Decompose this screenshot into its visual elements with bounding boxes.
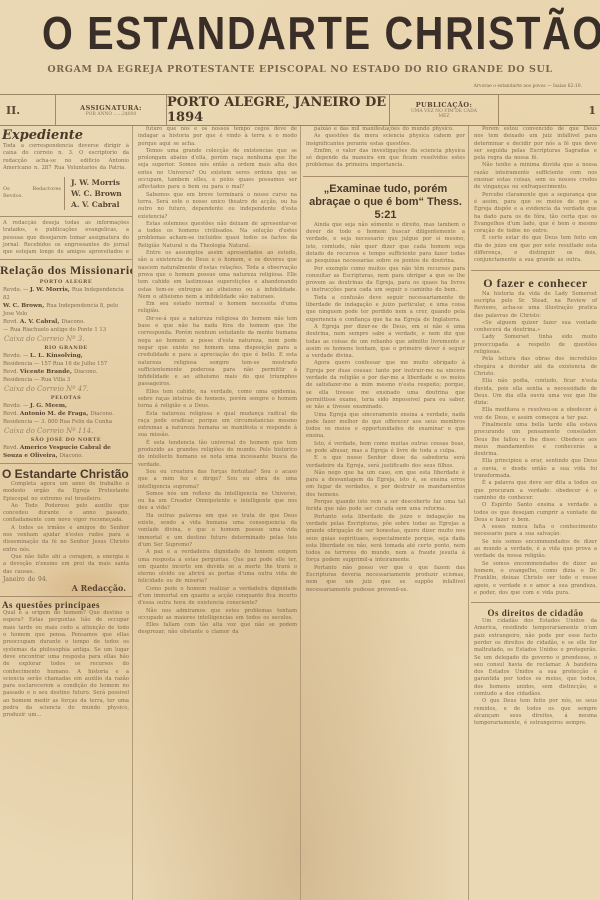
paragraph: Uma Egreja que sinceramente ensina a ver…	[306, 412, 465, 441]
expediente-section: Expediente Toda a correspondencia devers…	[0, 128, 132, 256]
paragraph: Não tenho a minima duvida que a nossa ra…	[474, 162, 597, 191]
column-4: Porém estou convencido de que Deus nos t…	[471, 126, 600, 900]
paragraph: Ainda que seja não sómente o direito, ma…	[306, 222, 465, 266]
paragraph: É esta tendencia tão universal do homem …	[138, 440, 297, 469]
column-1: Expediente Toda a correspondencia devers…	[0, 126, 133, 900]
paragraph: Ao Todo Poderoso pelo auxilio que conced…	[3, 503, 129, 525]
paragraph: Não nego que ha um caso, em que esta lib…	[306, 470, 465, 499]
divider	[471, 602, 600, 603]
mailbox-number: Caixa do Correio Nº 47.	[0, 384, 132, 394]
column-2: futuro que nós e os nossos tempo cegos d…	[135, 126, 301, 900]
paragraph: A paz e a verdadeira dignidade do homem …	[138, 549, 297, 585]
redactor-name: W. C. Brown	[71, 188, 122, 199]
paragraph: Lady Somerset tinha sido muito preoccupa…	[474, 334, 597, 356]
paragraph: Porque quando isto vem a ser descoberto …	[306, 499, 465, 514]
missionaries-heading: Relação dos Missionarios	[0, 263, 132, 278]
missionary-entry: Residencia — 157 Rua 16 de Julho 157	[0, 360, 132, 368]
missionaries-list: PORTO ALEGRERevdo. — J. W. Morris, Rua I…	[0, 278, 132, 460]
paragraph: «Se alguem quizer fazer sua vontade conh…	[474, 320, 597, 335]
paragraph: As questões da mera sciencia physica cah…	[306, 133, 465, 148]
paragraph: Se nós somos encommendados de dizer ao m…	[474, 539, 597, 561]
estandarte-section: O Estandarte Christão Completa agora um …	[0, 467, 132, 593]
paragraph: Temos uma grande colecção de existencias…	[138, 148, 297, 192]
missionaries-section: Relação dos Missionarios PORTO ALEGRERev…	[0, 263, 132, 460]
subscription-box: ASSIGNATURA: POR ANNO ......2$000	[56, 95, 167, 125]
newspaper-title: O ESTANDARTE CHRISTÃO	[42, 6, 558, 60]
issue-number: 1	[499, 95, 600, 125]
missionary-entry: Residencia — Rua Villa 3	[0, 376, 132, 384]
divider	[0, 259, 132, 260]
paragraph: Agora quero confessar que me muito obrig…	[306, 360, 465, 411]
paragraph: Somos nós um reflexo da intelligencia no…	[138, 491, 297, 513]
paragraph: Não nos admiramos que estes problemas te…	[138, 608, 297, 623]
missionary-entry: Revd. Vicente Brande, Diacono.	[0, 368, 132, 376]
missionary-entry: Revdo. — J. G. Meem,	[0, 402, 132, 410]
divider	[471, 270, 600, 271]
missionary-entry: Revd. Americo Vespucio Cabral de Souza e…	[0, 444, 132, 460]
questoes-text: Qual é a origem do homem? Que destino o …	[0, 610, 132, 719]
expediente-notice: A redacção deseja todas as informações t…	[0, 220, 132, 256]
divider	[0, 216, 132, 217]
missionary-entry: Revdo. — J. W. Morris, Rua Independencia…	[0, 286, 132, 302]
paragraph: E o que nosso Senhor disse da sabedoria …	[306, 455, 465, 470]
missionary-entry: Revd. Antonio M. de Fraga, Diacono.	[0, 410, 132, 418]
redactors-list: J. W. Morris W. C. Brown A. V. Cabral	[64, 177, 122, 210]
paragraph: Elles fallam com tão alta voz que não se…	[138, 622, 297, 637]
paragraph: Toda a confusão deve seguir necessariame…	[306, 295, 465, 324]
paragraph: Na historia da vida de Lady Somerset esc…	[474, 291, 597, 320]
paragraph: Percebo claramente que a segurança que é…	[474, 192, 597, 236]
paragraph: Ella principiou a orar, sentindo que Deu…	[474, 458, 597, 480]
expediente-heading: Expediente	[0, 128, 132, 143]
newspaper-subtitle: ORGAM DA EGREJA PROTESTANTE EPISCOPAL NO…	[0, 64, 600, 75]
mission-place: SÃO JOSÉ DO NORTE	[0, 436, 132, 444]
mission-place: PELOTAS	[0, 394, 132, 402]
missionary-entry: — Rua Riachuelo antigo do Ponte 1 13	[0, 326, 132, 334]
paragraph: Emfim, o valor das investigações da scie…	[306, 148, 465, 170]
masthead-motto: Arvorae o estandarte aos povos — Isaias …	[474, 84, 582, 89]
divider	[0, 463, 132, 464]
article-body-fazer: Na historia da vida de Lady Somerset esc…	[471, 291, 600, 597]
paragraph: Dir-se-á que a natureza religiosa do hom…	[138, 316, 297, 389]
paragraph: Ha outras palavras em que se trata de qu…	[138, 513, 297, 549]
expediente-text: Toda a correspondencia deverse dirigir á…	[0, 143, 132, 173]
missionary-entry: Revdo. — L. L. Kinsolving,	[0, 352, 132, 360]
paragraph: É a palavra que deve ser dita a todos os…	[474, 480, 597, 502]
paragraph: Que não falte ahi a coragem, a energia e…	[3, 554, 129, 576]
masthead: O ESTANDARTE CHRISTÃO ORGAM DA EGREJA PR…	[0, 0, 600, 80]
paragraph: Pela leitura das obras dos incredulos ch…	[474, 356, 597, 378]
paragraph: Estas solemnes questões não deixam de ap…	[138, 221, 297, 250]
paragraph: É certo estar do que Deus tem feito em d…	[474, 235, 597, 264]
article-body-direitos: Um cidadão dos Estados Unidos da America…	[471, 618, 600, 727]
volume-number: II.	[0, 95, 56, 125]
paragraph: Finalmente uma bella tarde ella estava p…	[474, 422, 597, 458]
paragraph: O Espirito Santo ensina a verdade a todo…	[474, 502, 597, 524]
divider	[0, 596, 132, 597]
mission-place: RIO GRANDE	[0, 344, 132, 352]
paragraph: Isto, é verdade, bem como muitas outras …	[306, 441, 465, 456]
column-3: paixão e das mil manifestações do mundo …	[303, 126, 469, 900]
redactor-name: J. W. Morris	[71, 177, 122, 188]
paragraph: Como pode o homem realizar a verdadeira …	[138, 586, 297, 608]
column-3-intro: paixão e das mil manifestações do mundo …	[303, 126, 468, 170]
issue-date: PORTO ALEGRE, JANEIRO DE 1894	[167, 95, 390, 125]
publication-heading: PUBLICAÇÃO:	[416, 101, 473, 109]
paragraph: Completa agora um anno de trabalho o mod…	[3, 481, 129, 503]
paragraph: Entre os assumptos assim apresentados ao…	[138, 250, 297, 301]
estandarte-signature: A Redacção.	[0, 583, 132, 593]
paragraph: A esses nunca falta o conhecimento neces…	[474, 524, 597, 539]
paragraph: Por exemplo como muitos que não têm recu…	[306, 266, 465, 295]
redactors-label: Os Redactores Revdos.	[0, 186, 64, 201]
paragraph: Ella meditava e resolveu-se a obedecer á…	[474, 407, 597, 422]
article-heading-fazer: O fazer e conhecer	[471, 276, 600, 291]
paragraph: Portanto esta liberdade de juizo e indag…	[306, 514, 465, 565]
questoes-section: As questões principaes Qual é a origem d…	[0, 600, 132, 719]
paragraph: Sou eu creatura das forças fortuitas? So…	[138, 469, 297, 491]
subscription-heading: ASSIGNATURA:	[80, 104, 142, 112]
estandarte-dateline: Janeiro de 94.	[0, 576, 132, 583]
redactor-name: A. V. Cabral	[71, 199, 122, 210]
paragraph: Se somos encommendados de dizer ao homem…	[474, 561, 597, 597]
article-body-examinae: Ainda que seja não sómente o direito, ma…	[303, 222, 468, 594]
mailbox-number: Caixa do Correio Nº 114.	[0, 426, 132, 436]
article-heading-direitos: Os direitos de cidadão	[471, 608, 600, 618]
publication-box: PUBLICAÇÃO: UMA VEZ NO FIM DE CADA MEZ	[390, 95, 499, 125]
paragraph: Porém estou convencido de que Deus nos t…	[474, 126, 597, 162]
paragraph: A Egreja por dizer-se de Deus, em si não…	[306, 324, 465, 360]
paragraph: Elles tem cahido, na verdade, como uma e…	[138, 389, 297, 411]
paragraph: Em seu estado normal o homem necessita d…	[138, 301, 297, 316]
divider	[303, 176, 468, 177]
mission-place: PORTO ALEGRE	[0, 278, 132, 286]
paragraph: futuro que nós e os nossos tempo cegos d…	[138, 126, 297, 148]
mailbox-number: Caixa do Correio Nº 3.	[0, 334, 132, 344]
paragraph: A todos os irmãos e amigos do Senhor nos…	[3, 525, 129, 554]
article-heading-examinae: „Examinae tudo, porém abraçae o que é bo…	[303, 183, 468, 222]
paragraph: O que Deus tem feito por nós, os seus re…	[474, 698, 597, 727]
estandarte-heading: O Estandarte Christão	[0, 467, 132, 481]
missionary-entry: Residencia — 3. 800 Rua Felix da Cunha	[0, 418, 132, 426]
publication-frequency: UMA VEZ NO FIM DE CADA MEZ	[409, 109, 479, 119]
subscription-price: POR ANNO ......2$000	[86, 112, 137, 117]
paragraph: Esta natureza religiosa e qual mudança r…	[138, 411, 297, 440]
paragraph: Ella não podia, contudo, ficar n'esta du…	[474, 378, 597, 407]
missionary-entry: Revd. A. V. Cabral, Diacono.	[0, 318, 132, 326]
redactors-block: Os Redactores Revdos. J. W. Morris W. C.…	[0, 173, 132, 213]
column-4-intro: Porém estou convencido de que Deus nos t…	[471, 126, 600, 265]
paragraph: Sabemos que em breve terminará o nosso c…	[138, 192, 297, 221]
info-bar: II. ASSIGNATURA: POR ANNO ......2$000 PO…	[0, 94, 600, 126]
missionary-entry: W. C. Brown, Rua Independencia 8, pelo J…	[0, 302, 132, 318]
paragraph: Portanto não posso ver que o que fazem d…	[306, 565, 465, 594]
questoes-heading: As questões principaes	[0, 600, 132, 610]
paragraph: Um cidadão dos Estados Unidos da America…	[474, 618, 597, 698]
estandarte-body: Completa agora um anno de trabalho o mod…	[0, 481, 132, 576]
column-2-body: futuro que nós e os nossos tempo cegos d…	[135, 126, 300, 637]
